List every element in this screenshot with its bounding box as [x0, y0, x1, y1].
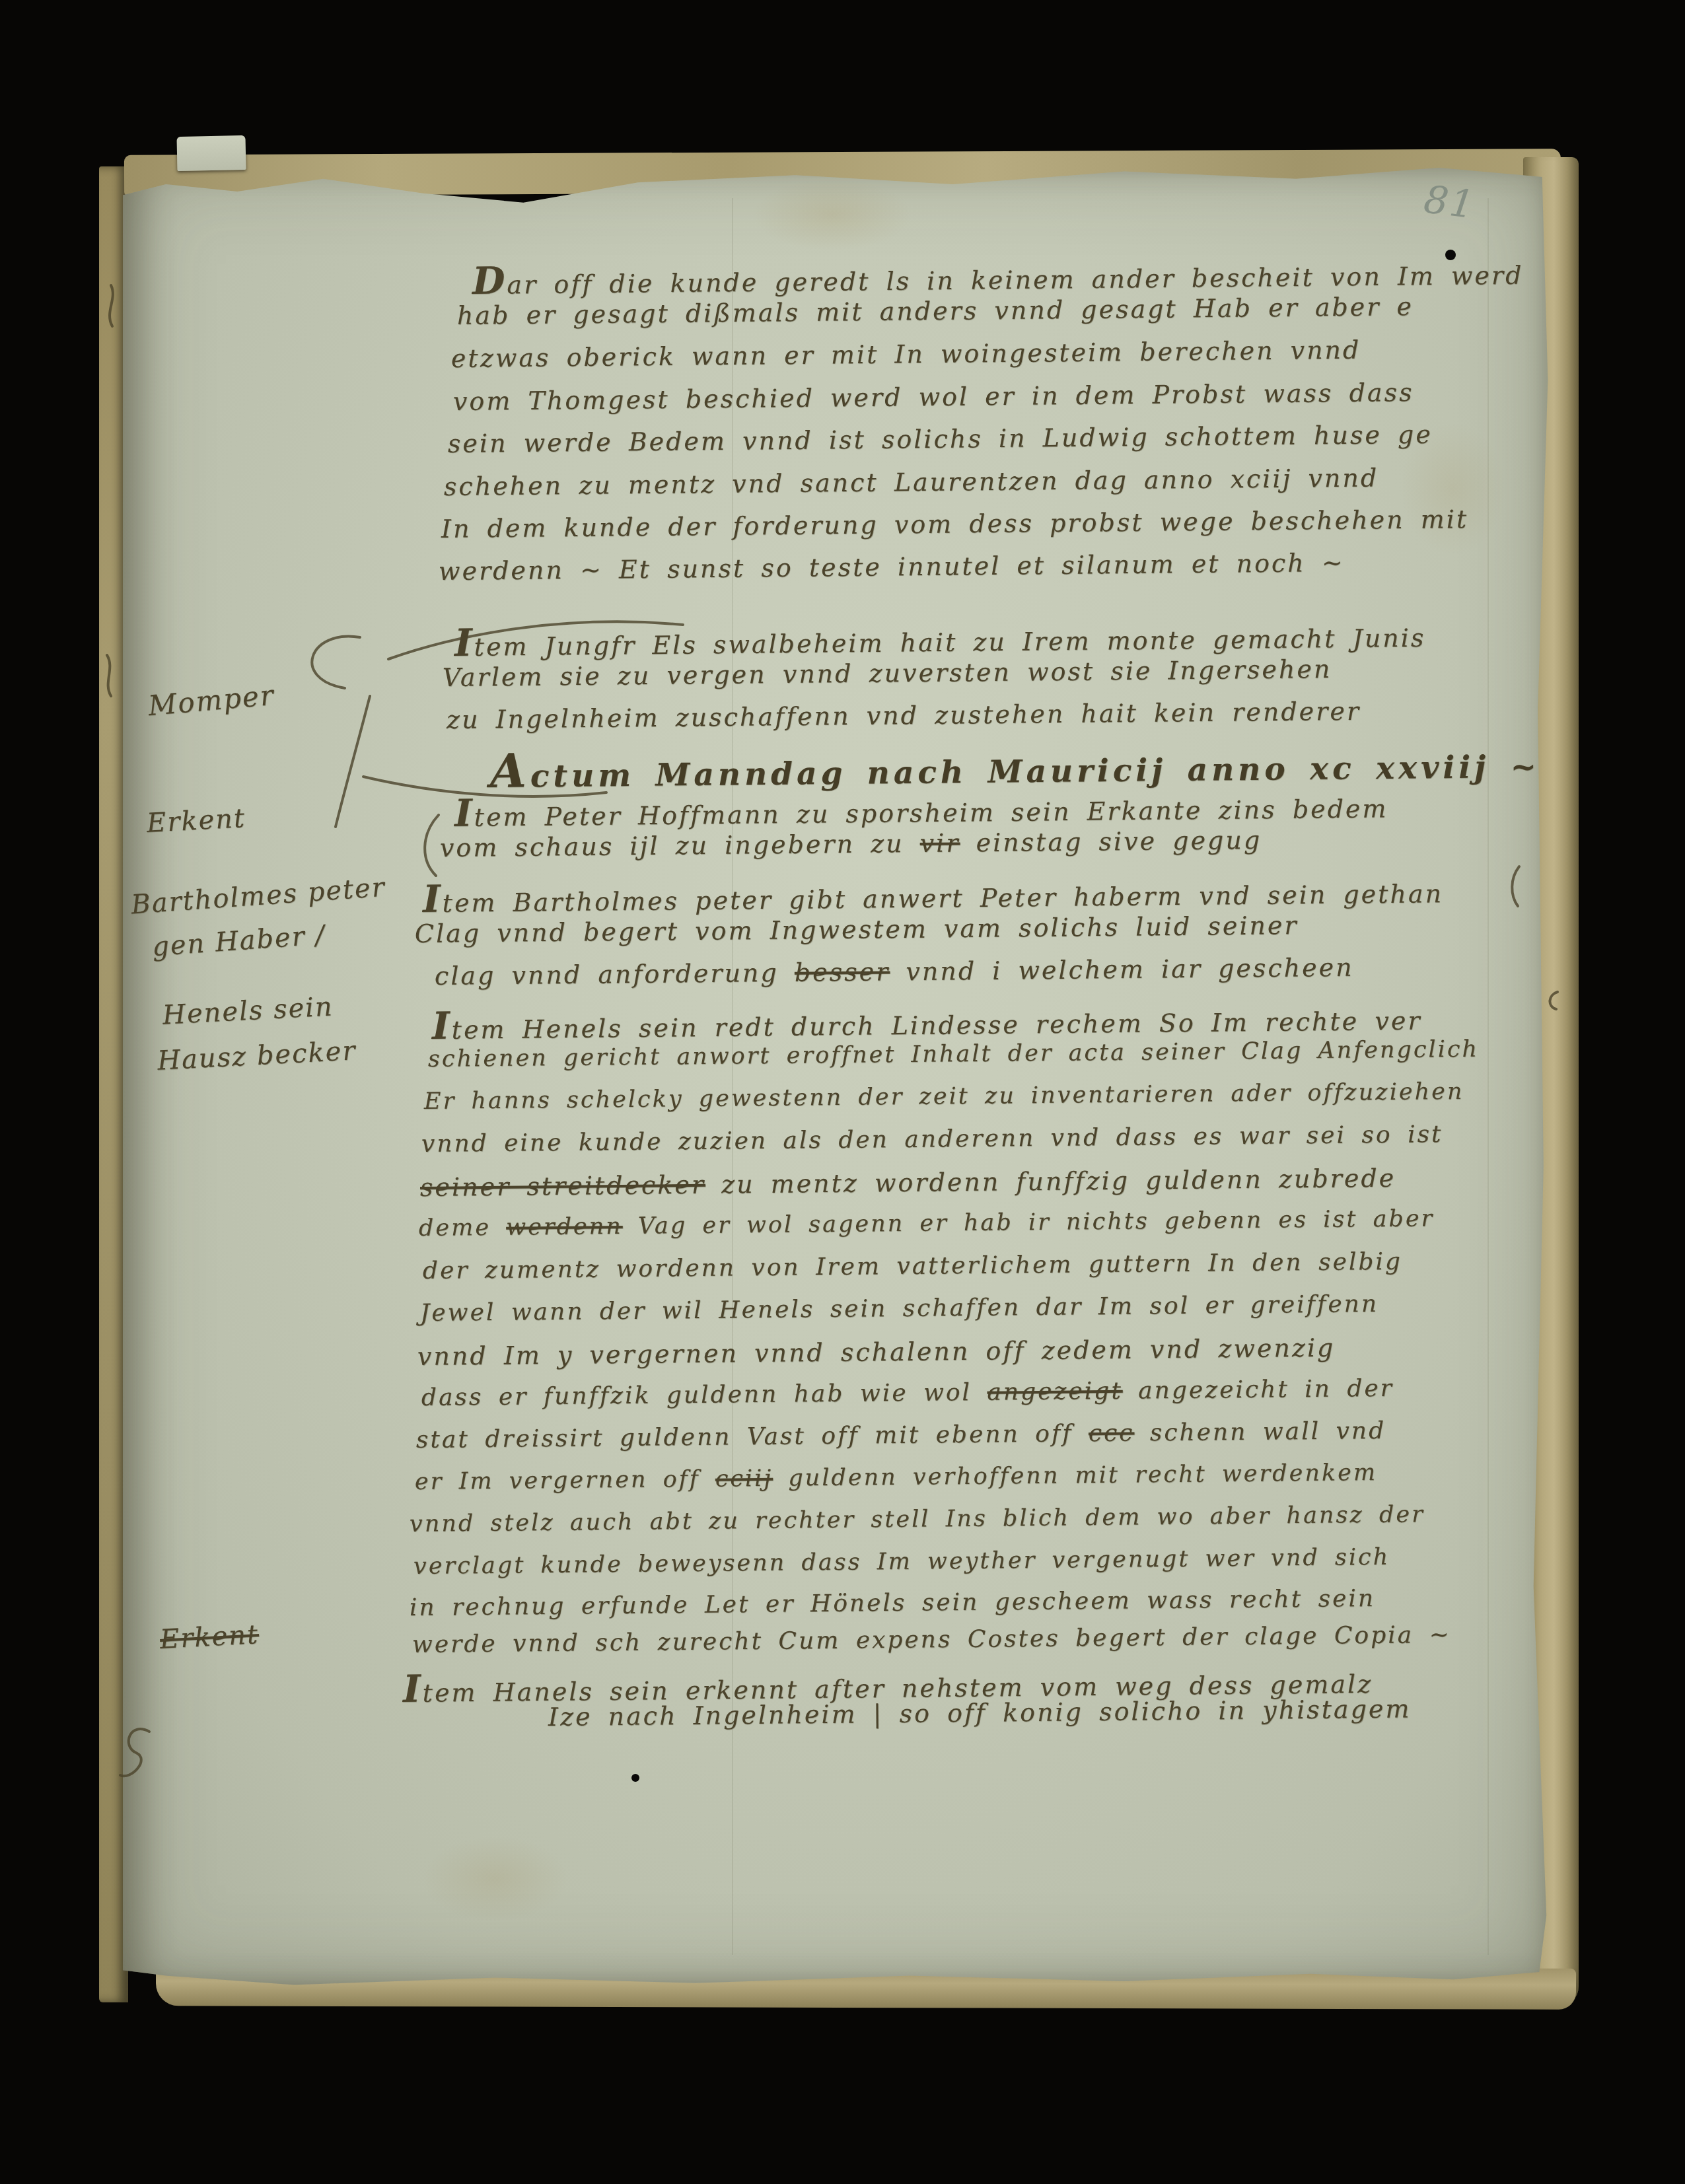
struck-word: besser	[795, 957, 890, 987]
margin-note: Erkent	[146, 803, 246, 839]
line-text: er Im vergernen off	[415, 1466, 715, 1495]
line-text: einstag sive gegug	[960, 826, 1262, 857]
struck-word: werdenn	[506, 1213, 623, 1241]
line-text: vnnd i welchem iar gescheen	[890, 953, 1354, 987]
struck-word: seiner streitdecker	[420, 1170, 705, 1202]
margin-note: Erkent	[159, 1619, 260, 1655]
top-paper-tab	[176, 135, 246, 171]
line-text: dass er funffzik guldenn hab wie wol	[421, 1379, 987, 1411]
line-text: clag vnnd anforderung	[435, 958, 795, 991]
line-text: angezeicht in der	[1123, 1375, 1394, 1405]
line-text: deme	[419, 1215, 507, 1242]
page-speck-hole	[631, 1774, 639, 1782]
struck-word: cciij	[715, 1465, 773, 1493]
scanned-manuscript-scene: 81 MomperErkentBartholmes petergen Haber…	[0, 0, 1685, 2184]
struck-word: ccc	[1089, 1420, 1135, 1448]
struck-word: angezeigt	[987, 1378, 1123, 1406]
folio-number: 81	[1421, 177, 1478, 228]
line-text: schenn wall vnd	[1134, 1417, 1386, 1447]
struck-word: vir	[919, 828, 960, 858]
foxing-stain	[423, 1836, 568, 1922]
line-text: vom schaus ijl zu ingebern zu	[440, 829, 920, 863]
foxing-stain	[753, 178, 912, 251]
page-speck-hole	[1445, 250, 1456, 260]
